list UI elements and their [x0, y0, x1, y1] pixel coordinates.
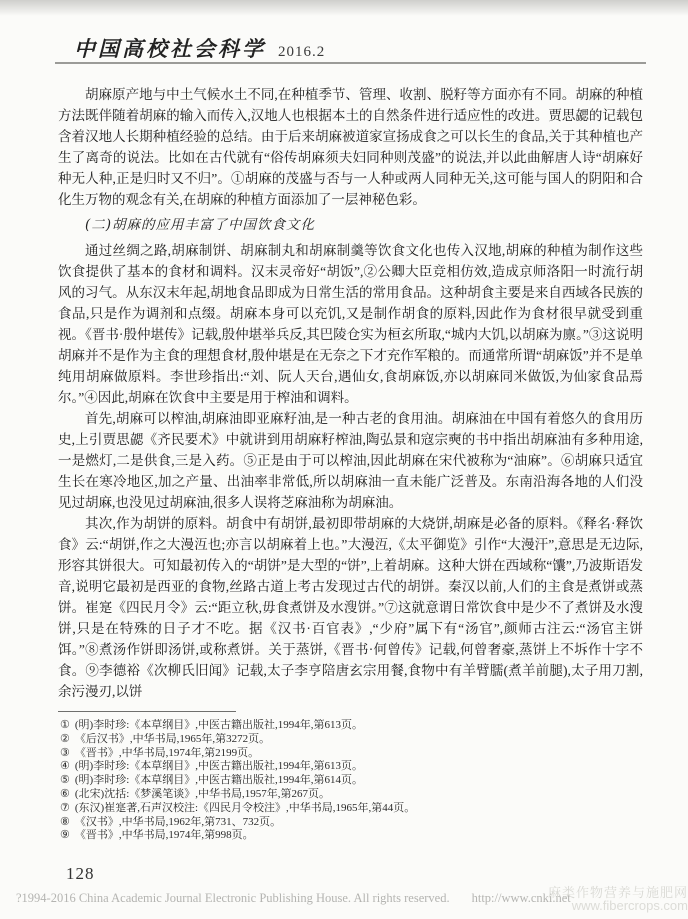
footnote-marker: ⑨	[60, 829, 70, 841]
body-paragraph-2: 通过丝绸之路,胡麻制饼、胡麻制丸和胡麻制羹等饮食文化也传入汉地,胡麻的种植为制作…	[58, 240, 643, 408]
footnote-item: ⑨《晋书》,中华书局,1974年,第998页。	[60, 829, 645, 843]
footnote-text: 《晋书》,中华书局,1974年,第998页。	[75, 829, 254, 841]
section-heading: (二)胡麻的应用丰富了中国饮食文化	[58, 215, 643, 236]
footnote-text: (明)李时珍:《本草纲目》,中医古籍出版社,1994年,第614页。	[75, 774, 363, 786]
footnote-text: (北宋)沈括:《梦溪笔谈》,中华书局,1957年,第267页。	[75, 788, 330, 800]
footnote-marker: ①	[60, 719, 70, 731]
footnote-text: 《汉书》,中华书局,1962年,第731、732页。	[75, 816, 281, 828]
copyright-text: ?1994-2016 China Academic Journal Electr…	[16, 891, 450, 905]
journal-issue: 2016.2	[278, 44, 325, 60]
body-paragraph-1: 胡麻原产地与中土气候水土不同,在种植季节、管理、收割、脱籽等方面亦有不同。胡麻的…	[58, 84, 643, 210]
footnote-text: (明)李时珍:《本草纲目》,中医古籍出版社,1994年,第613页。	[75, 760, 363, 772]
footnote-item: ⑦(东汉)崔寔著,石声汉校注:《四民月令校注》,中华书局,1965年,第44页。	[60, 802, 645, 816]
body-paragraph-3: 首先,胡麻可以榨油,胡麻油即亚麻籽油,是一种古老的食用油。胡麻油在中国有着悠久的…	[58, 408, 643, 513]
journal-title: 中国高校社会科学	[74, 36, 266, 61]
article-body: 胡麻原产地与中土气候水土不同,在种植季节、管理、收割、脱籽等方面亦有不同。胡麻的…	[58, 84, 643, 702]
footnote-text: 《晋书》,中华书局,1974年,第2199页。	[75, 747, 259, 759]
footnote-item: ④(明)李时珍:《本草纲目》,中医古籍出版社,1994年,第613页。	[60, 760, 645, 774]
page-header: 中国高校社会科学2016.2	[74, 33, 325, 63]
footnote-marker: ⑥	[60, 788, 70, 800]
footnote-item: ②《后汉书》,中华书局,1965年,第3272页。	[60, 733, 645, 747]
footnote-text: (明)李时珍:《本草纲目》,中医古籍出版社,1994年,第613页。	[75, 719, 363, 731]
journal-page: 中国高校社会科学2016.2 胡麻原产地与中土气候水土不同,在种植季节、管理、收…	[0, 0, 688, 919]
body-paragraph-4: 其次,作为胡饼的原料。胡食中有胡饼,最初即带胡麻的大烧饼,胡麻是必备的原料。《释…	[58, 513, 643, 702]
footnote-marker: ②	[60, 733, 70, 745]
footnote-marker: ⑦	[60, 802, 70, 814]
footnotes-section: ①(明)李时珍:《本草纲目》,中医古籍出版社,1994年,第613页。 ②《后汉…	[60, 719, 645, 843]
footnote-marker: ⑧	[60, 816, 70, 828]
footnote-item: ⑧《汉书》,中华书局,1962年,第731、732页。	[60, 816, 645, 830]
footnote-item: ①(明)李时珍:《本草纲目》,中医古籍出版社,1994年,第613页。	[60, 719, 645, 733]
footnote-item: ⑤(明)李时珍:《本草纲目》,中医古籍出版社,1994年,第614页。	[60, 774, 645, 788]
footnote-item: ③《晋书》,中华书局,1974年,第2199页。	[60, 747, 645, 761]
scan-footer: ?1994-2016 China Academic Journal Electr…	[16, 891, 676, 906]
footnote-item: ⑥(北宋)沈括:《梦溪笔谈》,中华书局,1957年,第267页。	[60, 788, 645, 802]
footnote-divider	[58, 711, 236, 712]
footnote-marker: ③	[60, 747, 70, 759]
footnote-text: (东汉)崔寔著,石声汉校注:《四民月令校注》,中华书局,1965年,第44页。	[75, 802, 415, 814]
footnote-marker: ⑤	[60, 774, 70, 786]
page-number: 128	[66, 864, 95, 884]
header-rule	[55, 62, 646, 64]
footnote-text: 《后汉书》,中华书局,1965年,第3272页。	[75, 733, 270, 745]
footer-url: http://www.cnki.net	[472, 891, 571, 905]
footnote-marker: ④	[60, 760, 70, 772]
scan-top-shade	[0, 0, 688, 16]
